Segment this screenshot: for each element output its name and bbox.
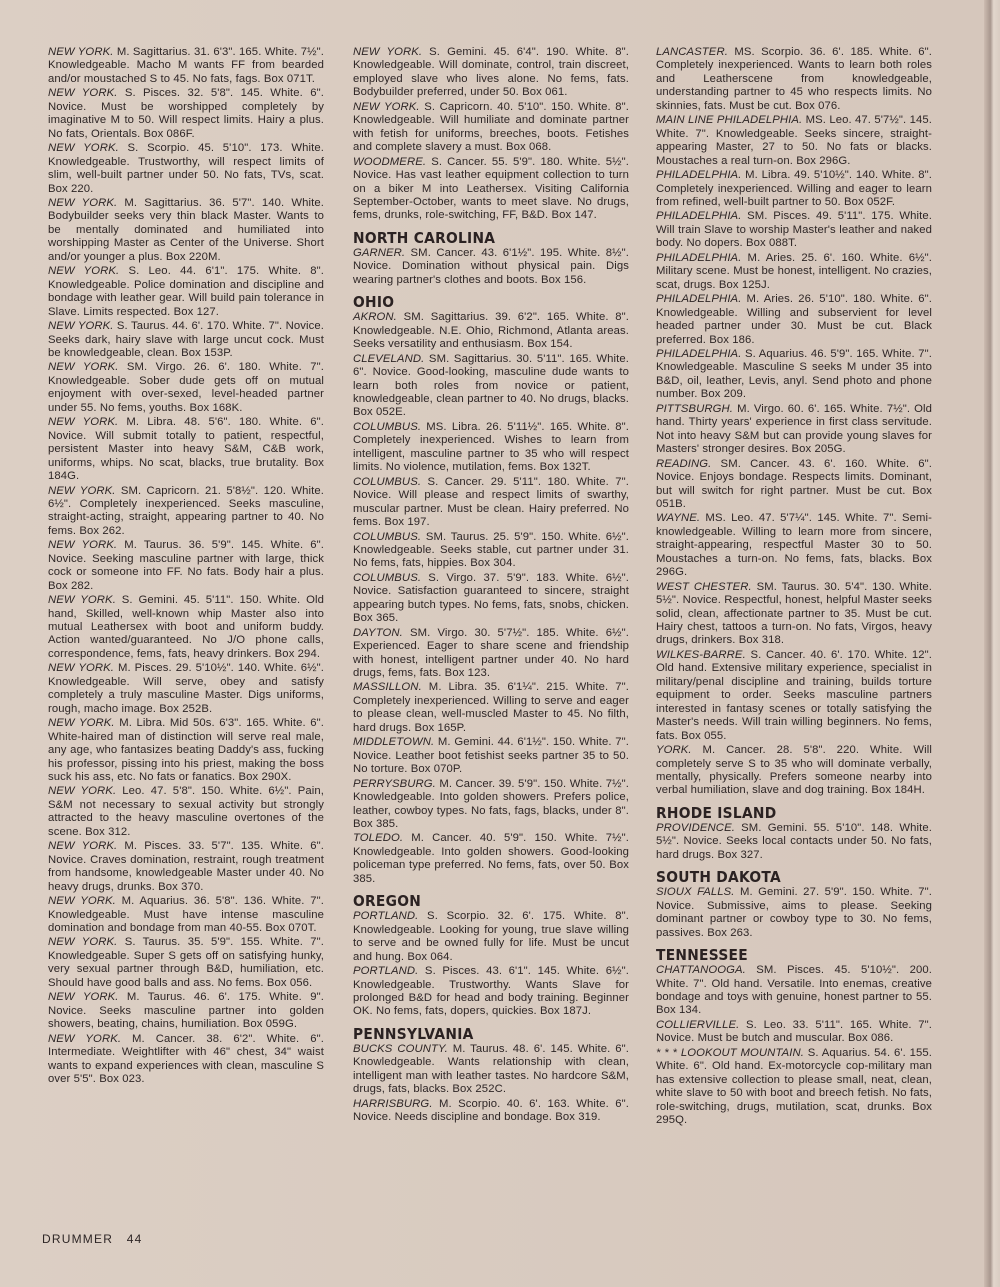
classified-ad: WAYNE. MS. Leo. 47. 5'7¼". 145. White. 7… xyxy=(656,512,932,579)
classified-ad: COLUMBUS. MS. Libra. 26. 5'11½". 165. Wh… xyxy=(353,421,629,475)
ad-city: PHILADELPHIA. xyxy=(656,252,741,264)
classified-ad: MIDDLETOWN. M. Gemini. 44. 6'1½". 150. W… xyxy=(353,736,629,776)
classified-ad: NEW YORK. M. Cancer. 38. 6'2". White. 6"… xyxy=(48,1033,324,1087)
column-middle: NEW YORK. S. Gemini. 45. 6'4". 190. Whit… xyxy=(353,46,629,1126)
ad-city: AKRON. xyxy=(353,311,397,323)
classified-ad: PITTSBURGH. M. Virgo. 60. 6'. 165. White… xyxy=(656,403,932,457)
classified-ad: AKRON. SM. Sagittarius. 39. 6'2". 165. W… xyxy=(353,311,629,351)
state-heading: TENNESSEE xyxy=(656,947,910,963)
ad-city: MASSILLON. xyxy=(353,681,422,693)
state-heading: SOUTH DAKOTA xyxy=(656,869,910,885)
classified-ad: NEW YORK. Leo. 47. 5'8". 150. White. 6½"… xyxy=(48,785,324,839)
classified-ad: PHILADELPHIA. M. Aries. 26. 5'10". 180. … xyxy=(656,293,932,347)
classified-ad: HARRISBURG. M. Scorpio. 40. 6'. 163. Whi… xyxy=(353,1098,629,1125)
ad-city: NEW YORK. xyxy=(48,361,118,373)
ad-city: CHATTANOOGA. xyxy=(656,964,746,976)
classified-ad: NEW YORK. S. Capricorn. 40. 5'10". 150. … xyxy=(353,101,629,155)
ad-city: GARNER. xyxy=(353,247,405,259)
classified-ad: NEW YORK. SM. Virgo. 26. 6'. 180. White.… xyxy=(48,361,324,415)
ad-city: COLLIERVILLE. xyxy=(656,1019,739,1031)
ad-city: NEW YORK. xyxy=(48,895,116,907)
ad-city: HARRISBURG. xyxy=(353,1098,433,1110)
classified-ad: WILKES-BARRE. S. Cancer. 40. 6'. 170. Wh… xyxy=(656,649,932,743)
ad-city: PHILADELPHIA. xyxy=(656,210,741,222)
classified-ad: CLEVELAND. SM. Sagittarius. 30. 5'11". 1… xyxy=(353,353,629,420)
classified-ad: CHATTANOOGA. SM. Pisces. 45. 5'10½". 200… xyxy=(656,964,932,1018)
ad-city: WILKES-BARRE. xyxy=(656,649,746,661)
classified-ad: * * * LOOKOUT MOUNTAIN. S. Aquarius. 54.… xyxy=(656,1047,932,1128)
classified-ad: NEW YORK. S. Taurus. 44. 6'. 170. White.… xyxy=(48,320,324,360)
magazine-name: DRUMMER xyxy=(42,1232,113,1246)
classified-ad: PORTLAND. S. Scorpio. 32. 6'. 175. White… xyxy=(353,910,629,964)
classified-ad: COLLIERVILLE. S. Leo. 33. 5'11". 165. Wh… xyxy=(656,1019,932,1046)
column-left: NEW YORK. M. Sagittarius. 31. 6'3". 165.… xyxy=(48,46,324,1087)
state-heading: NORTH CAROLINA xyxy=(353,230,607,246)
classified-ad: NEW YORK. M. Pisces. 33. 5'7". 135. Whit… xyxy=(48,840,324,894)
ad-city: WEST CHESTER. xyxy=(656,581,752,593)
ad-city: NEW YORK. xyxy=(48,87,117,99)
ad-city: NEW YORK. xyxy=(48,936,117,948)
ad-city: MAIN LINE PHILADELPHIA. xyxy=(656,114,802,126)
ad-city: CLEVELAND. xyxy=(353,353,424,365)
classified-ad: NEW YORK. S. Pisces. 32. 5'8". 145. Whit… xyxy=(48,87,324,141)
classified-ad: COLUMBUS. SM. Taurus. 25. 5'9". 150. Whi… xyxy=(353,531,629,571)
classified-ad: PHILADELPHIA. S. Aquarius. 46. 5'9". 165… xyxy=(656,348,932,402)
classified-ad: PERRYSBURG. M. Cancer. 39. 5'9". 150. Wh… xyxy=(353,778,629,832)
page-binding-gutter xyxy=(984,0,1000,1287)
ad-city: DAYTON. xyxy=(353,627,403,639)
classified-ad: SIOUX FALLS. M. Gemini. 27. 5'9". 150. W… xyxy=(656,886,932,940)
ad-city: NEW YORK. xyxy=(48,265,119,277)
ad-city: NEW YORK. xyxy=(353,101,420,113)
ad-city: NEW YORK. xyxy=(48,416,118,428)
ad-city: COLUMBUS. xyxy=(353,421,421,433)
ad-city: PERRYSBURG. xyxy=(353,778,436,790)
ad-city: NEW YORK. xyxy=(48,991,118,1003)
classified-ad: PROVIDENCE. SM. Gemini. 55. 5'10". 148. … xyxy=(656,822,932,862)
classified-ad: WOODMERE. S. Cancer. 55. 5'9". 180. Whit… xyxy=(353,156,629,223)
ad-city: YORK. xyxy=(656,744,692,756)
classified-ad: NEW YORK. S. Gemini. 45. 5'11". 150. Whi… xyxy=(48,594,324,661)
classified-ad: NEW YORK. M. Taurus. 46. 6'. 175. White.… xyxy=(48,991,324,1031)
classified-ad: PHILADELPHIA. M. Libra. 49. 5'10½". 140.… xyxy=(656,169,932,209)
classified-ad: NEW YORK. M. Sagittarius. 36. 5'7". 140.… xyxy=(48,197,324,264)
ad-city: NEW YORK. xyxy=(48,785,116,797)
classified-ad: GARNER. SM. Cancer. 43. 6'1½". 195. Whit… xyxy=(353,247,629,287)
classified-ad: COLUMBUS. S. Cancer. 29. 5'11". 180. Whi… xyxy=(353,476,629,530)
ad-city: NEW YORK. xyxy=(48,1033,121,1045)
state-heading: RHODE ISLAND xyxy=(656,805,910,821)
ad-city: TOLEDO. xyxy=(353,832,403,844)
ad-city: WAYNE. xyxy=(656,512,700,524)
classified-ad: MAIN LINE PHILADELPHIA. MS. Leo. 47. 5'7… xyxy=(656,114,932,168)
ad-city: COLUMBUS. xyxy=(353,476,421,488)
ad-city: PORTLAND. xyxy=(353,910,418,922)
state-heading: PENNSYLVANIA xyxy=(353,1026,607,1042)
classified-ad: NEW YORK. M. Libra. Mid 50s. 6'3". 165. … xyxy=(48,717,324,784)
classified-ad: NEW YORK. M. Sagittarius. 31. 6'3". 165.… xyxy=(48,46,324,86)
column-right: LANCASTER. MS. Scorpio. 36. 6'. 185. Whi… xyxy=(656,46,932,1129)
ad-city: NEW YORK. xyxy=(48,840,117,852)
ad-city: NEW YORK. xyxy=(48,662,114,674)
ad-city: NEW YORK. xyxy=(48,594,116,606)
classified-ad: PHILADELPHIA. M. Aries. 25. 6'. 160. Whi… xyxy=(656,252,932,292)
ad-city: PORTLAND. xyxy=(353,965,418,977)
ad-city: MIDDLETOWN. xyxy=(353,736,434,748)
ad-city: NEW YORK. xyxy=(353,46,422,58)
classified-ad: NEW YORK. M. Taurus. 36. 5'9". 145. Whit… xyxy=(48,539,324,593)
page-number: 44 xyxy=(127,1232,143,1246)
ad-city: NEW YORK. xyxy=(48,197,117,209)
ad-text: S. Cancer. 40. 6'. 170. White. 12". Old … xyxy=(656,649,932,742)
classified-ad: BUCKS COUNTY. M. Taurus. 48. 6'. 145. Wh… xyxy=(353,1043,629,1097)
ad-text: M. Cancer. 28. 5'8". 220. White. Will co… xyxy=(656,744,932,796)
ad-city: NEW YORK. xyxy=(48,320,114,332)
magazine-page: NEW YORK. M. Sagittarius. 31. 6'3". 165.… xyxy=(0,0,1000,1287)
classified-ad: NEW YORK. S. Scorpio. 45. 5'10". 173. Wh… xyxy=(48,142,324,196)
classified-ad: NEW YORK. M. Libra. 48. 5'6". 180. White… xyxy=(48,416,324,483)
classified-ad: READING. SM. Cancer. 43. 6'. 160. White.… xyxy=(656,458,932,512)
classified-ad: PHILADELPHIA. SM. Pisces. 49. 5'11". 175… xyxy=(656,210,932,250)
ad-city: PHILADELPHIA. xyxy=(656,169,741,181)
ad-city: NEW YORK. xyxy=(48,539,117,551)
classified-ad: YORK. M. Cancer. 28. 5'8". 220. White. W… xyxy=(656,744,932,798)
ad-city: PROVIDENCE. xyxy=(656,822,735,834)
page-footer: DRUMMER 44 xyxy=(42,1232,142,1246)
classified-ad: NEW YORK. SM. Capricorn. 21. 5'8½". 120.… xyxy=(48,485,324,539)
ad-city: READING. xyxy=(656,458,711,470)
classified-ad: NEW YORK. S. Leo. 44. 6'1". 175. White. … xyxy=(48,265,324,319)
ad-city: NEW YORK. xyxy=(48,142,119,154)
ad-city: COLUMBUS. xyxy=(353,572,421,584)
ad-city: LOOKOUT MOUNTAIN. xyxy=(681,1047,804,1059)
ad-city: SIOUX FALLS. xyxy=(656,886,735,898)
ad-city: NEW YORK. xyxy=(48,46,113,58)
classified-ad: LANCASTER. MS. Scorpio. 36. 6'. 185. Whi… xyxy=(656,46,932,113)
classified-ad: NEW YORK. S. Gemini. 45. 6'4". 190. Whit… xyxy=(353,46,629,100)
ad-city: PHILADELPHIA. xyxy=(656,293,741,305)
classified-ad: DAYTON. SM. Virgo. 30. 5'7½". 185. White… xyxy=(353,627,629,681)
ad-city: PHILADELPHIA. xyxy=(656,348,741,360)
ad-city: WOODMERE. xyxy=(353,156,426,168)
classified-ad: TOLEDO. M. Cancer. 40. 5'9". 150. White.… xyxy=(353,832,629,886)
classified-ad: NEW YORK. M. Aquarius. 36. 5'8". 136. Wh… xyxy=(48,895,324,935)
ad-city: COLUMBUS. xyxy=(353,531,421,543)
classified-ad: NEW YORK. S. Taurus. 35. 5'9". 155. Whit… xyxy=(48,936,324,990)
state-heading: OHIO xyxy=(353,294,607,310)
ad-star-marker: * * * xyxy=(656,1047,681,1059)
ad-city: PITTSBURGH. xyxy=(656,403,733,415)
ad-city: LANCASTER. xyxy=(656,46,728,58)
classified-ad: COLUMBUS. S. Virgo. 37. 5'9". 183. White… xyxy=(353,572,629,626)
classified-ad: WEST CHESTER. SM. Taurus. 30. 5'4". 130.… xyxy=(656,581,932,648)
ad-city: BUCKS COUNTY. xyxy=(353,1043,448,1055)
classified-ad: NEW YORK. M. Pisces. 29. 5'10½". 140. Wh… xyxy=(48,662,324,716)
ad-city: NEW YORK. xyxy=(48,485,115,497)
ad-city: NEW YORK. xyxy=(48,717,115,729)
classified-ad: MASSILLON. M. Libra. 35. 6'1¼". 215. Whi… xyxy=(353,681,629,735)
classified-ad: PORTLAND. S. Pisces. 43. 6'1". 145. Whit… xyxy=(353,965,629,1019)
state-heading: OREGON xyxy=(353,893,607,909)
